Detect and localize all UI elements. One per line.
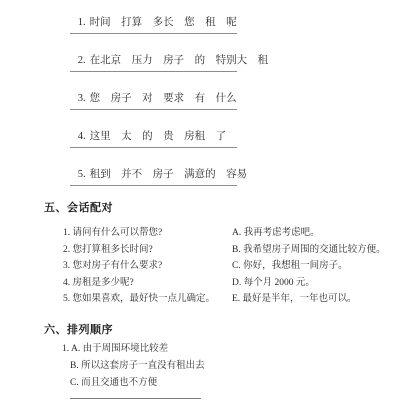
worksheet-page: 1.时间 打算 多长 您 租 呢 2.在北京 压力 房子 的 特别大 租 3.您… <box>0 0 400 400</box>
word-order-item-1: 1.时间 打算 多长 您 租 呢 <box>62 6 400 17</box>
matching-section: 五、会话配对 1. 请问有什么可以帮您? A. 我再考虑考虑吧。 2. 您打算租… <box>0 202 400 308</box>
matching-question: 3. 您对房子有什么要求? <box>63 258 232 275</box>
matching-section-title: 五、会话配对 <box>44 202 400 214</box>
answer-blank-line-6 <box>70 398 201 399</box>
matching-table: 1. 请问有什么可以帮您? A. 我再考虑考虑吧。 2. 您打算租多长时间? B… <box>63 225 400 308</box>
item-words: 在北京 压力 房子 的 特别大 租 <box>90 55 269 66</box>
matching-row-4: 4. 房租是多少呢? D. 每个月 2000 元。 <box>63 275 400 292</box>
word-order-item-2: 2.在北京 压力 房子 的 特别大 租 <box>62 44 400 55</box>
item-number: 5. <box>78 169 86 180</box>
item-words: 租到 并不 房子 满意的 容易 <box>90 169 248 180</box>
item-words: 时间 打算 多长 您 租 呢 <box>90 17 237 28</box>
item-number: 3. <box>78 93 86 104</box>
answer-blank-line-5 <box>70 185 237 186</box>
matching-question: 5. 您如果喜欢，最好快一点儿确定。 <box>63 291 232 308</box>
word-order-item-3: 3.您 房子 对 要求 有 什么 <box>62 82 400 93</box>
matching-question: 1. 请问有什么可以帮您? <box>63 225 232 242</box>
ordering-list: 1. A. 由于周围环境比较差 B. 所以这套房子一直没有租出去 C. 而且交通… <box>62 341 400 392</box>
item-words: 这里 太 的 贵 房租 了 <box>90 131 227 142</box>
matching-answer: E. 最好是半年，一年也可以。 <box>232 291 400 308</box>
ordering-option-b: B. 所以这套房子一直没有租出去 <box>70 358 400 375</box>
matching-row-5: 5. 您如果喜欢，最好快一点儿确定。 E. 最好是半年，一年也可以。 <box>63 291 400 308</box>
matching-answer: D. 每个月 2000 元。 <box>232 275 400 292</box>
matching-answer: A. 我再考虑考虑吧。 <box>232 225 400 242</box>
ordering-section: 六、排列顺序 1. A. 由于周围环境比较差 B. 所以这套房子一直没有租出去 … <box>0 324 400 399</box>
item-number: 4. <box>78 131 86 142</box>
matching-answer: C. 你好，我想租一间房子。 <box>232 258 400 275</box>
item-number: 2. <box>78 55 86 66</box>
matching-row-1: 1. 请问有什么可以帮您? A. 我再考虑考虑吧。 <box>63 225 400 242</box>
item-words: 您 房子 对 要求 有 什么 <box>90 93 237 104</box>
item-number: 1. <box>78 17 86 28</box>
ordering-option-c: C. 而且交通也不方便 <box>70 375 400 392</box>
matching-question: 4. 房租是多少呢? <box>63 275 232 292</box>
answer-blank-line-3 <box>70 109 237 110</box>
matching-row-3: 3. 您对房子有什么要求? C. 你好，我想租一间房子。 <box>63 258 400 275</box>
ordering-option-a: 1. A. 由于周围环境比较差 <box>62 341 400 358</box>
matching-row-2: 2. 您打算租多长时间? B. 我希望房子周围的交通比较方便。 <box>63 242 400 259</box>
answer-blank-line-1 <box>70 33 237 34</box>
ordering-section-title: 六、排列顺序 <box>44 324 400 336</box>
matching-answer: B. 我希望房子周围的交通比较方便。 <box>232 242 400 259</box>
word-order-item-4: 4.这里 太 的 贵 房租 了 <box>62 120 400 131</box>
word-order-item-5: 5.租到 并不 房子 满意的 容易 <box>62 158 400 169</box>
matching-question: 2. 您打算租多长时间? <box>63 242 232 259</box>
answer-blank-line-4 <box>70 147 237 148</box>
answer-blank-line-2 <box>70 71 237 72</box>
word-order-section: 1.时间 打算 多长 您 租 呢 2.在北京 压力 房子 的 特别大 租 3.您… <box>0 6 400 186</box>
